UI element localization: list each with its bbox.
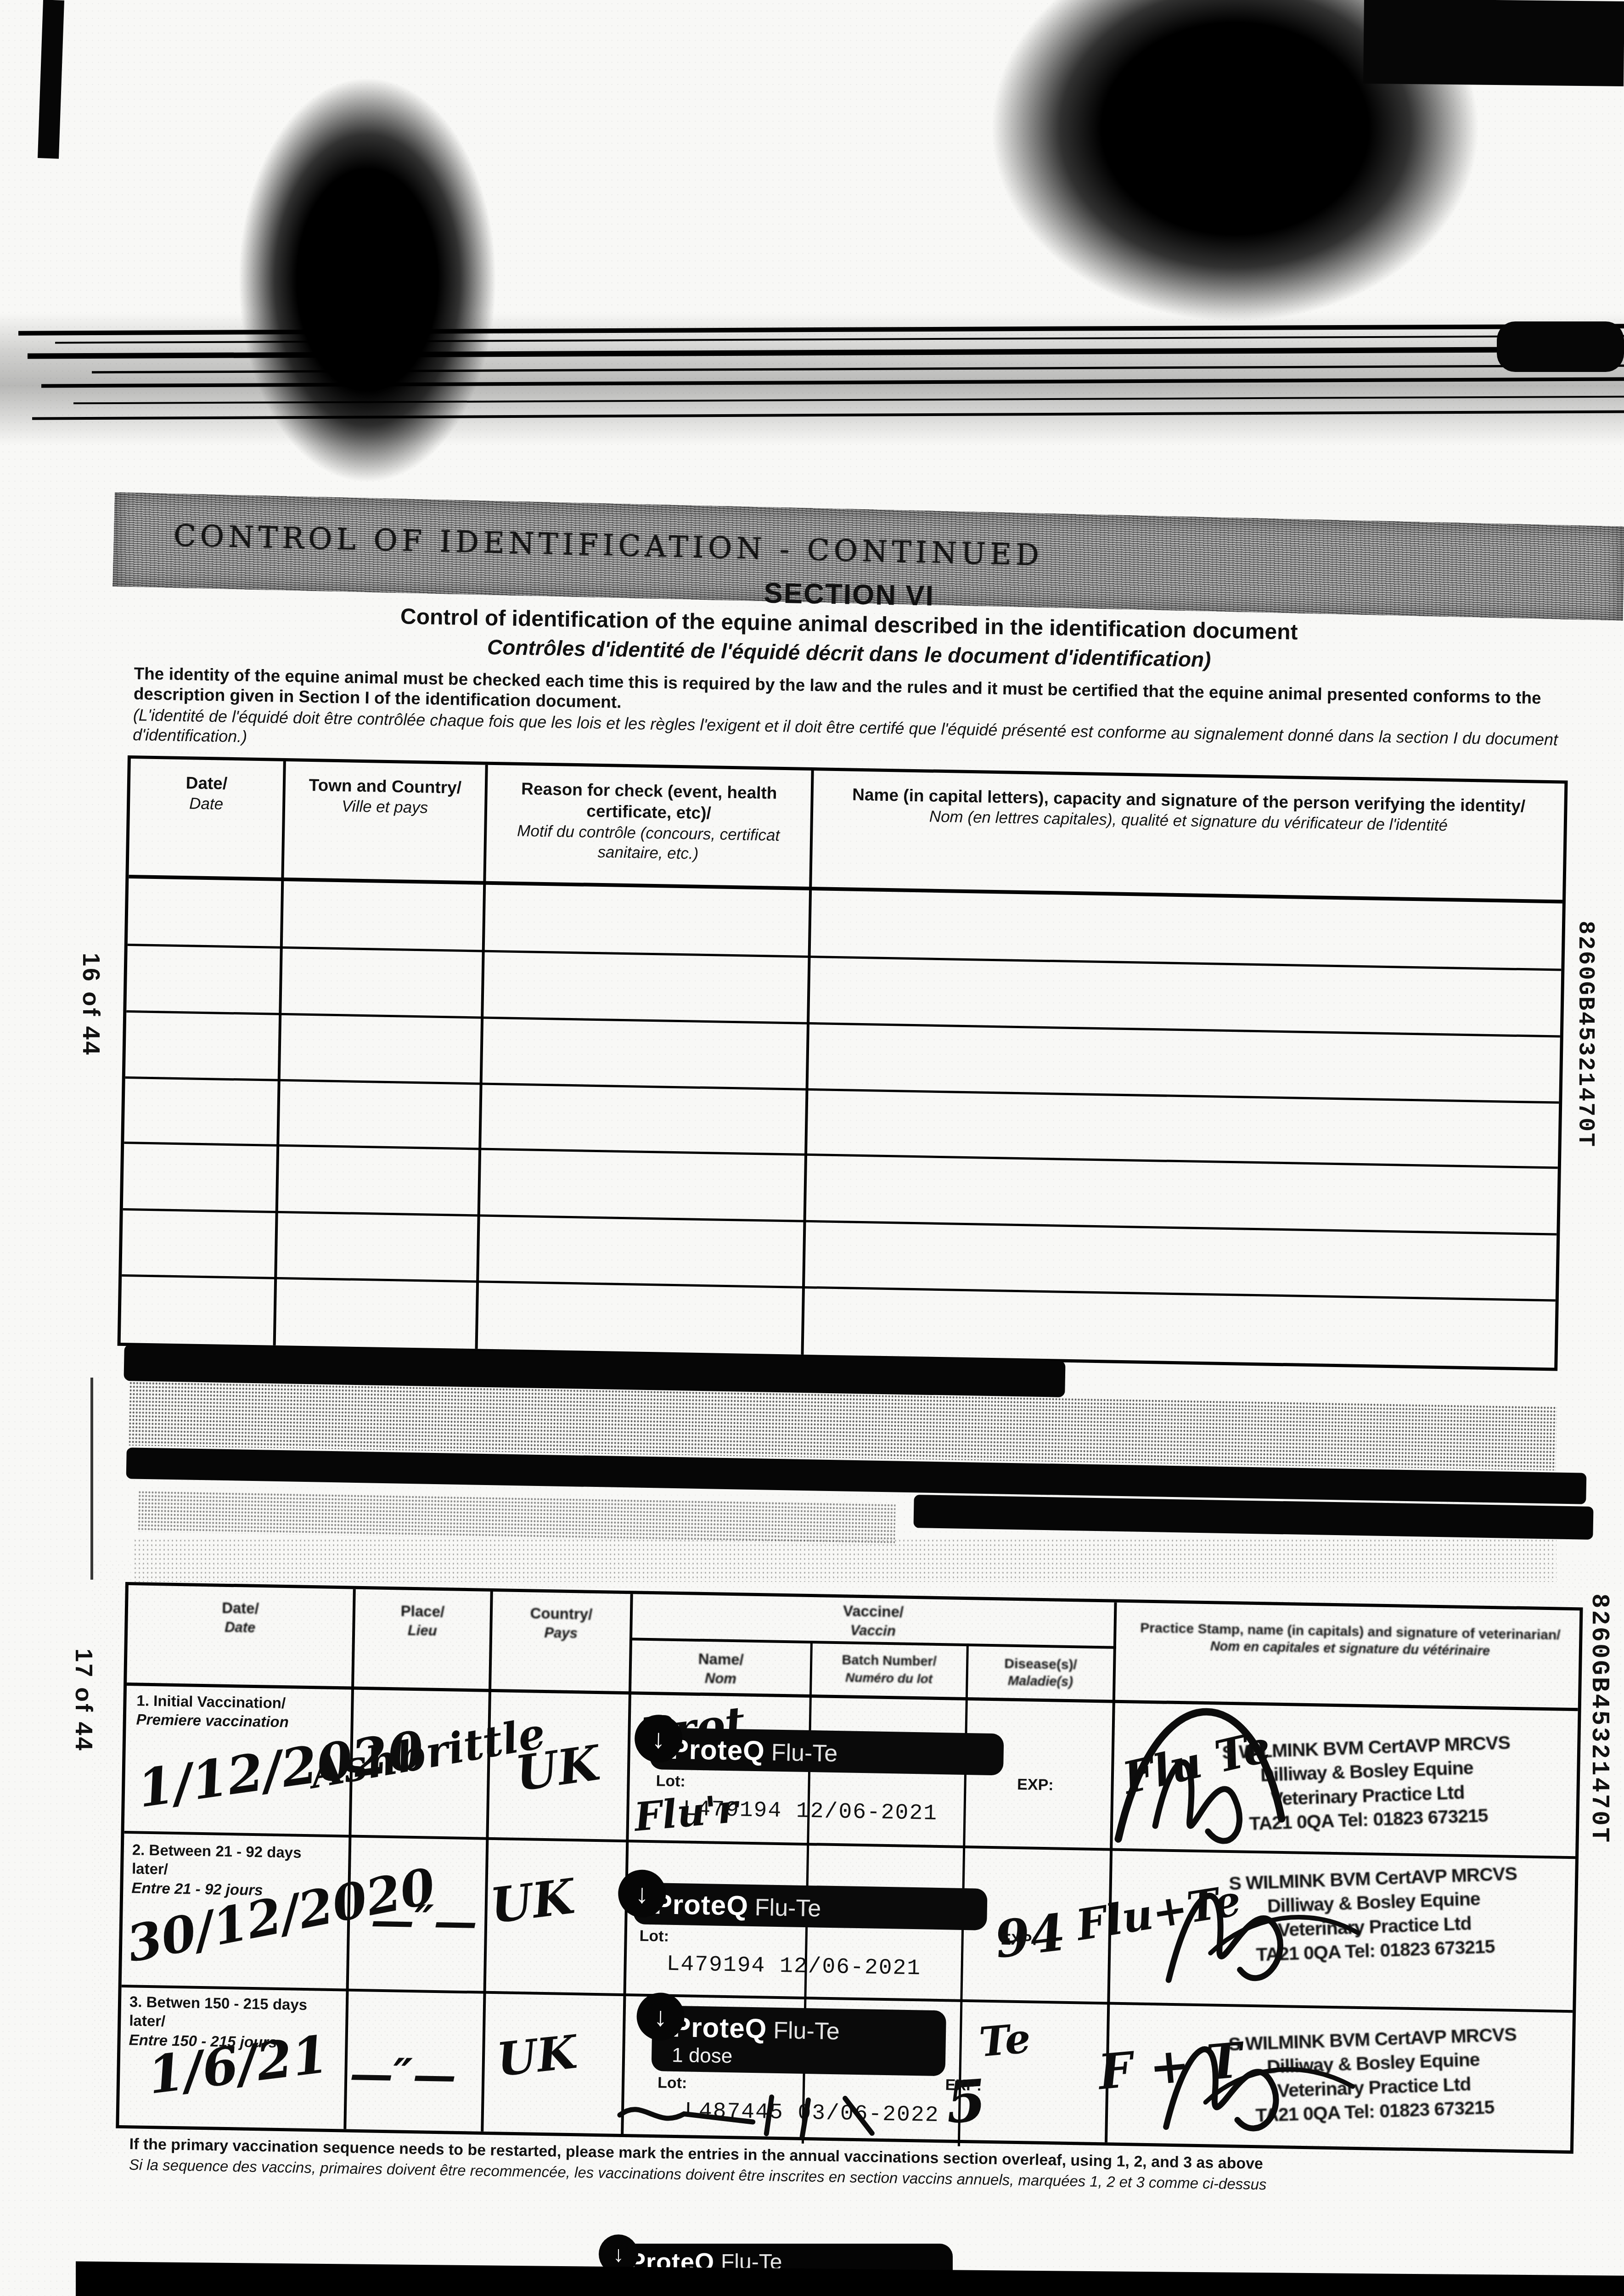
vacc-header-country: Country/ Pays	[492, 1603, 630, 1643]
vacc-row1-place-handwritten: Ashbrittle	[307, 1708, 549, 1798]
id-table-header-town-country: Town and Country/ Ville et pays	[284, 761, 485, 881]
vaccine-sticker-row1: ↓ ProteQFlu-Te Lot: EXP: L479194 12/06-2…	[649, 1728, 1054, 1828]
vaccination-table: Date/ Date Place/ Lieu Country/ Pays Vac…	[116, 1582, 1583, 2154]
vaccine-sticker-bar: ↓ ProteQFlu-Te 1 dose	[652, 2005, 946, 2076]
vacc-header-batch: Batch Number/ Numéro du lot	[812, 1651, 966, 1688]
page-number-lower: 17 of 44	[70, 1649, 97, 1752]
vacc-row2-place-ditto: —″—	[370, 1895, 478, 1947]
document-code-lower: 8260GB45321470T	[1585, 1593, 1613, 1844]
vacc-header-date: Date/ Date	[128, 1597, 353, 1639]
identification-check-table: Date/ Date Town and Country/ Ville et pa…	[118, 755, 1568, 1371]
vacc-row3-note-handwritten: Te	[978, 2014, 1033, 2066]
batch-number: L479194 12/06-2021	[666, 1952, 1032, 1983]
vaccine-sticker-bar: ↓ ProteQFlu-Te	[650, 1728, 1004, 1775]
vacc-header-practice-stamp: Practice Stamp, name (in capitals) and s…	[1124, 1619, 1577, 1662]
vacc-header-name: Name/ Nom	[631, 1648, 810, 1689]
vacc-header-place: Place/ Lieu	[355, 1601, 490, 1641]
signature-row3	[1154, 2012, 1372, 2153]
vacc-row3-country-handwritten: UK	[494, 2025, 579, 2087]
id-table-header-date: Date/ Date	[129, 759, 283, 878]
signature-row2	[1155, 1860, 1377, 2002]
scan-edge-bar-left	[38, 0, 64, 159]
id-table-header-name-signature: Name (in capital letters), capacity and …	[812, 771, 1564, 900]
scan-blot-right	[1497, 321, 1624, 372]
exp-label: EXP:	[1017, 1776, 1054, 1794]
lot-label: Lot:	[656, 1772, 686, 1790]
dose-label: 1 dose	[672, 2044, 932, 2071]
vaccine-sticker-bar: ↓ ProteQFlu-Te	[633, 1882, 987, 1930]
redacted-noise	[137, 1491, 895, 1545]
vacc-row1-label: 1. Initial Vaccination/ Premiere vaccina…	[136, 1691, 343, 1732]
id-table-header-reason: Reason for check (event, health certific…	[486, 765, 811, 887]
handwriting-stroke-row3	[615, 2088, 937, 2144]
vacc-header-disease: Disease(s)/ Maladie(s)	[968, 1654, 1113, 1692]
intro-paragraph: The identity of the equine animal must b…	[133, 664, 1571, 770]
vacc-row2-country-handwritten: UK	[487, 1868, 578, 1934]
signature-row1	[1111, 1701, 1371, 1862]
scan-corner-block	[1363, 0, 1624, 86]
scan-tick-left	[90, 1378, 93, 1580]
page-number-upper: 16 of 44	[77, 953, 105, 1057]
exp-label: EXP:	[945, 2076, 982, 2094]
vaccine-sticker-row2: ↓ ProteQFlu-Te Lot: EXP: L479194 12/06-2…	[632, 1882, 1038, 1983]
vacc-row1-country-handwritten: UK	[512, 1734, 603, 1802]
vacc-row3-place-ditto: —″—	[349, 2048, 456, 2101]
vacc-header-vaccine: Vaccine/ Vaccin	[632, 1598, 1114, 1644]
page-header-band-title: CONTROL OF IDENTIFICATION - CONTINUED	[173, 519, 1044, 573]
exp-label: EXP:	[1000, 1930, 1037, 1949]
scan-noise-patch	[133, 1538, 1557, 1582]
lot-label: Lot:	[639, 1927, 669, 1945]
document-code-upper: 8260GB45321470T	[1572, 921, 1598, 1148]
